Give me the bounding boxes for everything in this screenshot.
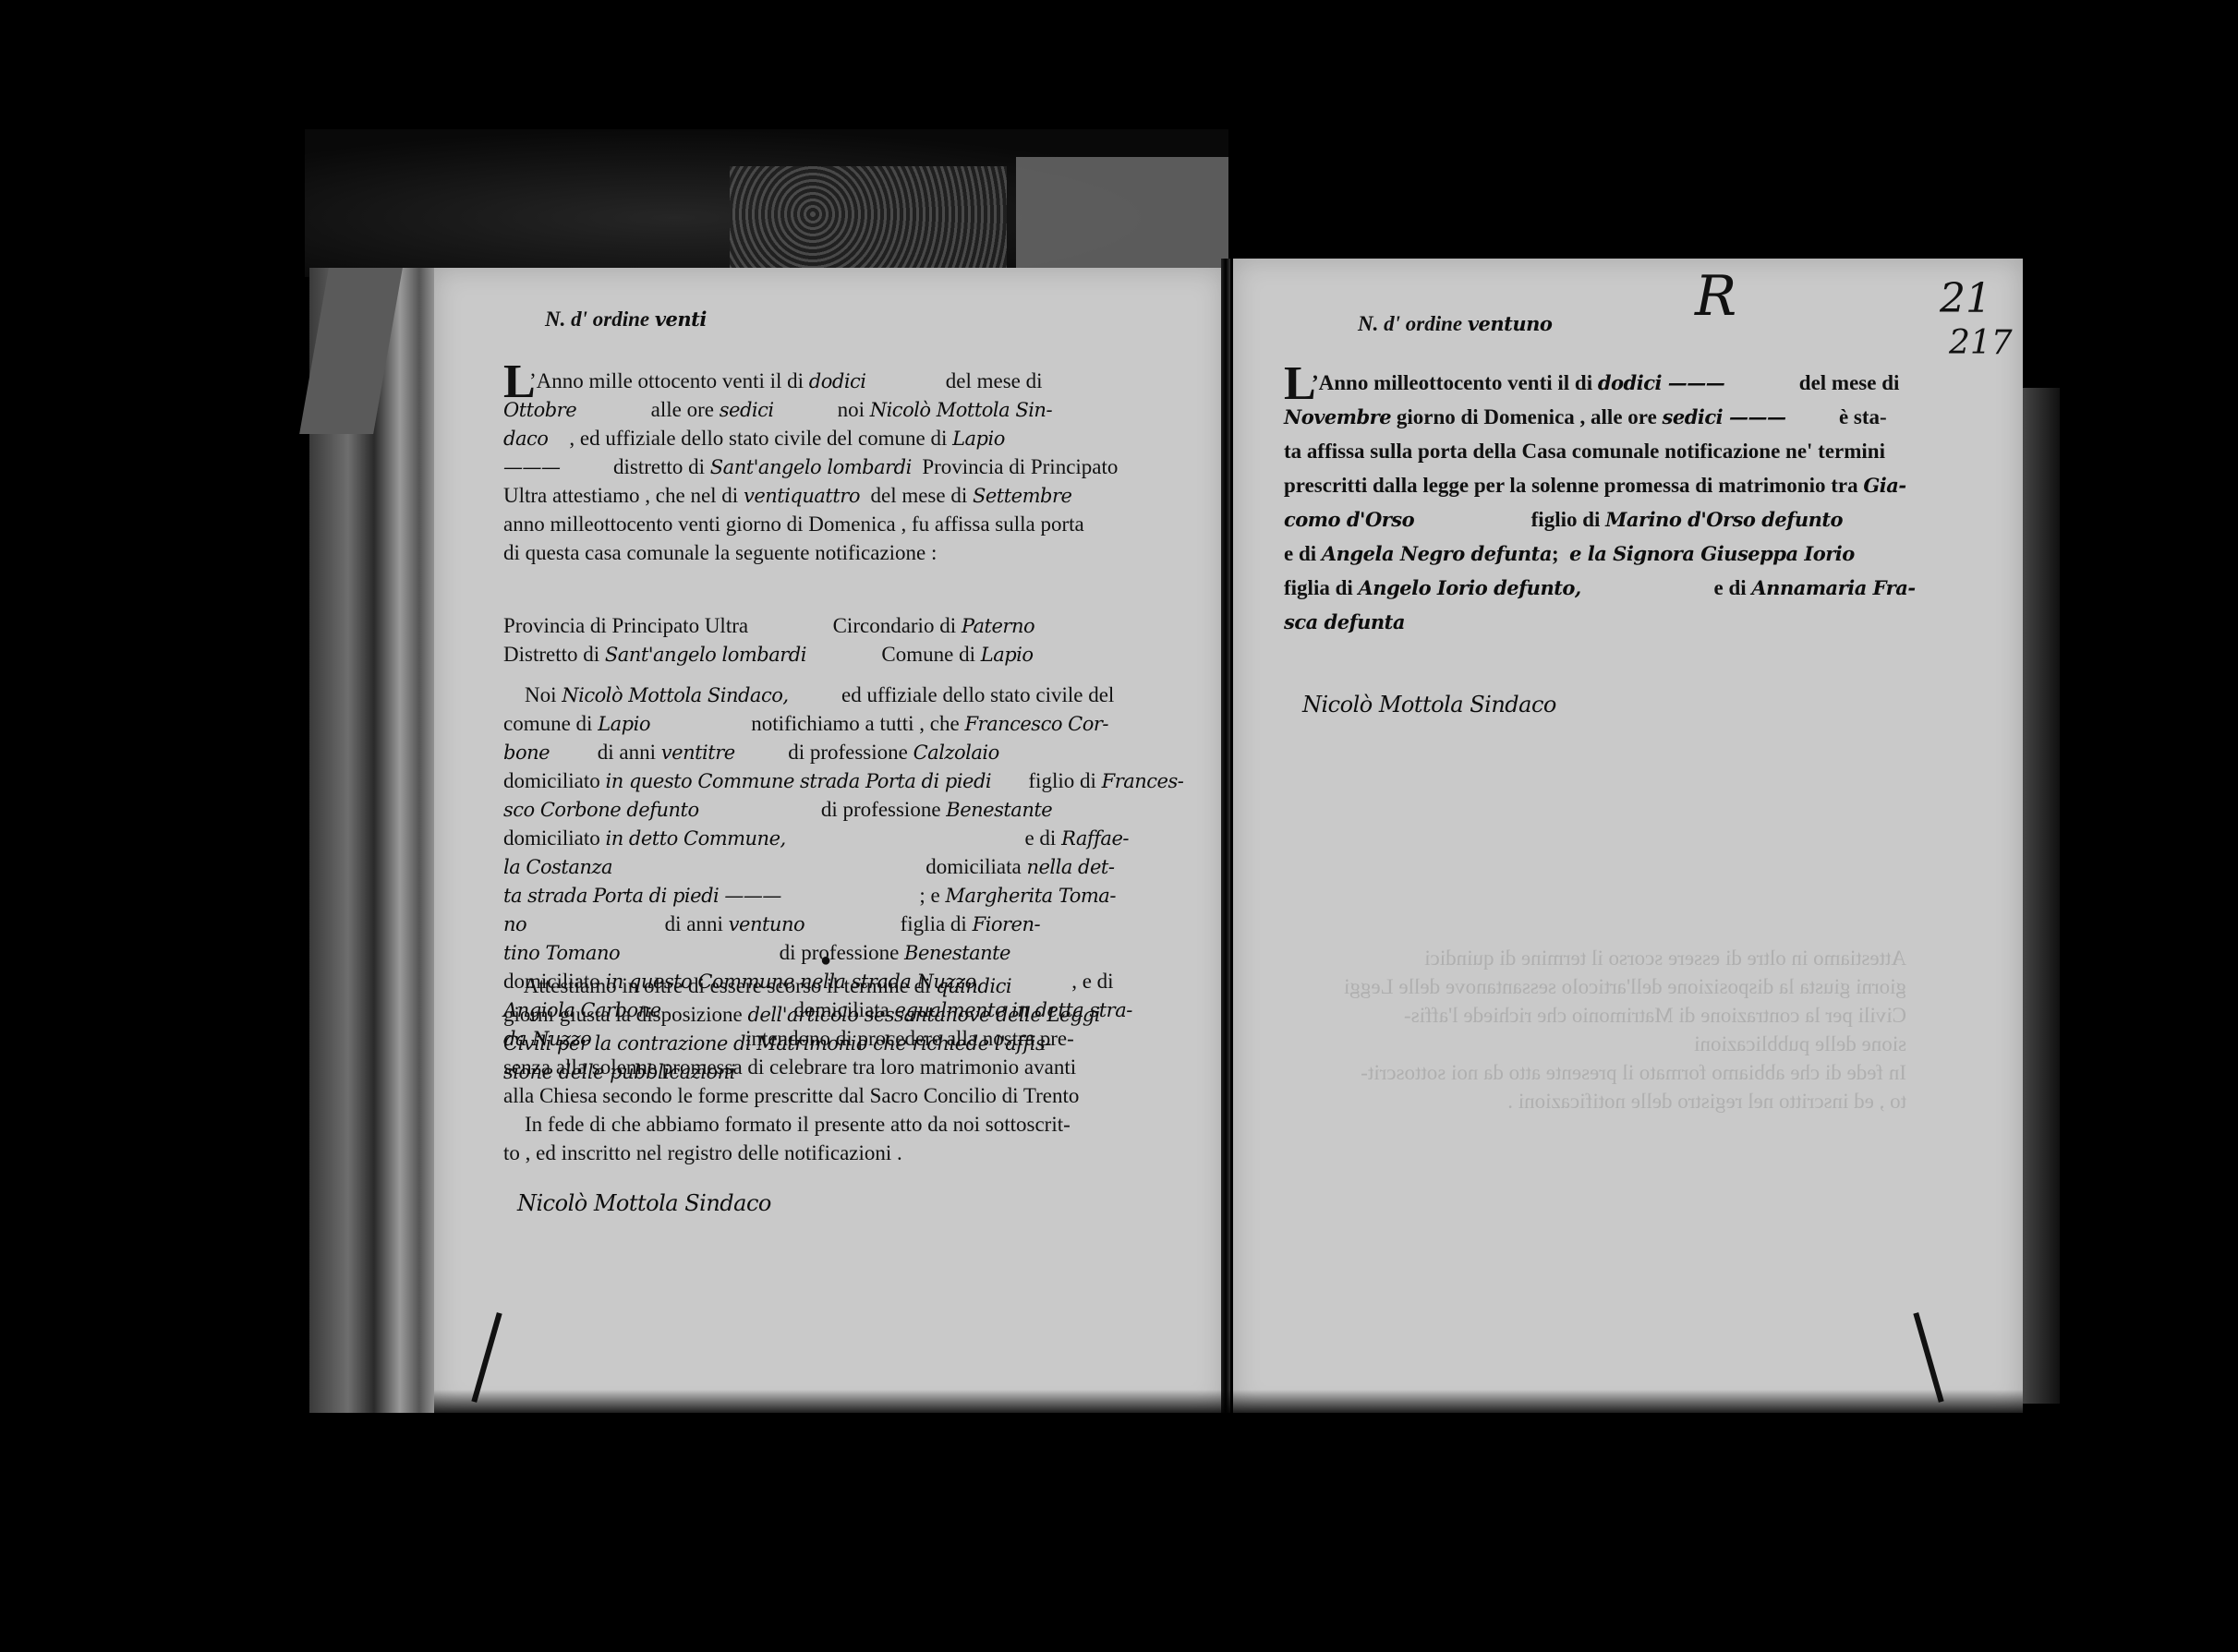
printed-text: è sta- — [1785, 405, 1886, 428]
text-line: figlia di Angelo Iorio defunto, e di Ann… — [1284, 576, 1916, 610]
printed-text: di professione — [699, 798, 947, 821]
text-line: sco Corbone defunto di professione Benes… — [503, 798, 1183, 826]
text-line: to , ed inscritto nel registro delle not… — [503, 1141, 1071, 1170]
printed-text: di questa casa comunale la seguente noti… — [503, 541, 937, 564]
right-page: N. d' ordine ventuno R 21 217 L ’Anno mi… — [1233, 259, 2023, 1413]
handwritten-entry: sco Corbone defunto — [503, 799, 699, 821]
page-bottom-edge — [434, 1390, 2023, 1417]
printed-text: giorno di Domenica , alle ore — [1391, 405, 1662, 428]
text-line: di questa casa comunale la seguente noti… — [503, 541, 1118, 570]
handwritten-entry: Francesco Cor- — [964, 713, 1108, 735]
handwritten-entry: Angela Negro defunta — [1322, 542, 1552, 565]
printed-text: notifichiamo a tutti , che — [650, 712, 964, 735]
text-line: Ultra attestiamo , che nel di ventiquatt… — [503, 484, 1118, 512]
handwritten-entry: tino Tomano — [503, 942, 620, 964]
text-line: In fede di che abbiamo formato il presen… — [503, 1113, 1071, 1141]
handwritten-entry: dodici ——— — [1598, 371, 1724, 394]
right-signature: Nicolò Mottola Sindaco — [1302, 693, 1556, 717]
printed-text: e di — [1284, 542, 1322, 565]
handwritten-entry: in questo Commune strada Porta di piedi — [606, 770, 992, 792]
bleedthrough-line: sione delle pubblicazioni — [1344, 1032, 1906, 1061]
printed-text: di anni — [526, 912, 729, 935]
handwritten-entry: Ottobre — [503, 399, 576, 421]
printed-text: domiciliato — [503, 826, 606, 850]
bleedthrough-line: to , ed inscritto nel registro delle not… — [1344, 1090, 1906, 1118]
page-edge-shadow — [2023, 388, 2060, 1404]
printed-text: noi — [774, 398, 870, 421]
stacked-page-edges — [309, 268, 439, 1413]
printed-text: alle ore — [576, 398, 720, 421]
right-order-number: N. d' ordine ventuno — [1358, 311, 1552, 336]
printed-text: comune di — [503, 712, 598, 735]
printed-text: di professione — [620, 941, 904, 964]
handwritten-entry: ventuno — [729, 913, 804, 935]
printed-text: to , ed inscritto nel registro delle not… — [503, 1141, 902, 1164]
printed-text: figlia di — [1284, 576, 1359, 599]
text-line: sione delle pubblicazioni — [503, 1060, 1100, 1089]
order-value: ventuno — [1468, 312, 1553, 335]
handwritten-entry: dodici — [809, 370, 866, 392]
circondario-label: Circondario di — [833, 614, 957, 637]
text-line: e di Angela Negro defunta; e la Signora … — [1284, 542, 1916, 576]
handwritten-entry: sedici — [720, 399, 774, 421]
printed-text: prescritti dalla legge per la solenne pr… — [1284, 474, 1863, 497]
handwritten-entry: Raffae- — [1061, 827, 1129, 850]
handwritten-entry: bone — [503, 742, 550, 764]
handwritten-entry: la Costanza — [503, 856, 612, 878]
handwritten-entry: no — [503, 913, 526, 935]
text-line: no di anni ventuno figlia di Fioren- — [503, 912, 1183, 941]
text-line: Civili per la contrazione di Matrimonio … — [503, 1031, 1100, 1060]
printed-text: Noi — [503, 683, 562, 706]
folio-secondary: 217 — [1949, 331, 2013, 356]
margin-mark: R — [1695, 284, 1736, 309]
text-line: ta strada Porta di piedi ——— ; e Margher… — [503, 884, 1183, 912]
handwritten-entry: Lapio — [952, 428, 1005, 450]
handwritten-entry: Annamaria Fra- — [1751, 576, 1915, 599]
printed-text: figlia di — [804, 912, 972, 935]
distretto-label: Distretto di — [503, 643, 599, 666]
folio-number: 21 — [1940, 286, 1991, 311]
printed-text: ; — [1552, 542, 1569, 565]
text-line: ’Anno milleottocento venti il di dodici … — [1284, 371, 1916, 405]
printed-text: ta affissa sulla porta della Casa comuna… — [1284, 440, 1885, 463]
printed-text: anno milleottocento venti giorno di Dome… — [503, 512, 1084, 536]
text-line: Noi Nicolò Mottola Sindaco, ed uffiziale… — [503, 683, 1183, 712]
handwritten-entry: Nicolò Mottola Sindaco, — [562, 684, 788, 706]
handwritten-entry: Civili per la contrazione di Matrimonio … — [503, 1032, 1051, 1055]
text-line: anno milleottocento venti giorno di Dome… — [503, 512, 1118, 541]
text-line: ——— distretto di Sant'angelo lombardi Pr… — [503, 455, 1118, 484]
handwritten-entry: sedici ——— — [1663, 405, 1786, 428]
text-line: domiciliato in questo Commune strada Por… — [503, 769, 1183, 798]
bleedthrough-line: giorni giusta la disposizione dell'artic… — [1344, 975, 1906, 1004]
handwritten-entry: Margherita Toma- — [946, 885, 1116, 907]
left-closing: In fede di che abbiamo formato il presen… — [503, 1113, 1071, 1170]
left-preamble: ’Anno mille ottocento venti il di dodici… — [503, 369, 1118, 570]
handwritten-entry: ——— — [503, 456, 561, 478]
order-label: N. d' ordine — [545, 307, 649, 331]
handwritten-entry: ventiquattro — [744, 485, 860, 507]
circondario-value: Paterno — [962, 615, 1034, 637]
bleedthrough-text: Attestiamo in oltre di essere scorso il … — [1344, 947, 1906, 1118]
bleedthrough-line: Attestiamo in oltre di essere scorso il … — [1344, 947, 1906, 975]
left-attestation: Attestiamo in oltre di essere scorso il … — [503, 974, 1100, 1089]
handwritten-entry: Gia- — [1863, 474, 1905, 497]
comune-value: Lapio — [981, 644, 1034, 666]
text-line: daco , ed uffiziale dello stato civile d… — [503, 427, 1118, 455]
printed-text: In fede di che abbiamo formato il presen… — [503, 1113, 1071, 1136]
printed-text: ’Anno mille ottocento venti il di — [529, 369, 809, 392]
text-line: Attestiamo in oltre di essere scorso il … — [503, 974, 1100, 1003]
text-line: ’Anno mille ottocento venti il di dodici… — [503, 369, 1118, 398]
handwritten-entry: in detto Commune, — [606, 827, 786, 850]
printed-text: , ed uffiziale dello stato civile del co… — [548, 427, 952, 450]
text-line: sca defunta — [1284, 610, 1916, 645]
handwritten-entry: Benestante — [904, 942, 1010, 964]
handwritten-entry: Benestante — [946, 799, 1052, 821]
bleedthrough-line: In fede di che abbiamo formato il presen… — [1344, 1061, 1906, 1090]
text-line: domiciliato in detto Commune, e di Raffa… — [503, 826, 1183, 855]
handwritten-entry: Lapio — [598, 713, 650, 735]
left-signature: Nicolò Mottola Sindaco — [517, 1191, 771, 1216]
printed-text: e di — [786, 826, 1061, 850]
printed-text: e di — [1581, 576, 1752, 599]
handwritten-entry: sione delle pubblicazioni — [503, 1061, 735, 1083]
printed-text: del mese di — [860, 484, 973, 507]
printed-text: del mese di — [1724, 371, 1899, 394]
handwritten-entry: Calzolaio — [913, 742, 999, 764]
text-line: Novembre giorno di Domenica , alle ore s… — [1284, 405, 1916, 440]
printed-text: Provincia di Principato — [912, 455, 1119, 478]
distretto-value: Sant'angelo lombardi — [605, 644, 806, 666]
handwritten-entry: e la Signora Giuseppa Iorio — [1569, 542, 1855, 565]
printed-text: giorni giusta la disposizione — [503, 1003, 747, 1026]
printed-text: distretto di — [561, 455, 710, 478]
handwritten-entry: ventitre — [661, 742, 735, 764]
printed-text: Attestiamo in oltre di essere scorso il … — [503, 974, 936, 997]
handwritten-entry: quindici — [936, 975, 1011, 997]
handwritten-entry: dell'articolo sessantanove delle Leggi — [747, 1004, 1100, 1026]
bleedthrough-line: Civili per la contrazione di Matrimonio … — [1344, 1004, 1906, 1032]
order-value: venti — [655, 307, 707, 331]
handwritten-entry: Sant'angelo lombardi — [710, 456, 912, 478]
handwritten-entry: sca defunta — [1284, 610, 1405, 633]
text-line: comune di Lapio notifichiamo a tutti , c… — [503, 712, 1183, 741]
printed-text: figlio di — [991, 769, 1101, 792]
handwritten-entry: ta strada Porta di piedi ——— — [503, 885, 781, 907]
printed-text: domiciliata — [612, 855, 1026, 878]
handwritten-entry: Settembre — [973, 485, 1071, 507]
handwritten-entry: nella det- — [1026, 856, 1114, 878]
printed-text: domiciliato — [503, 769, 606, 792]
text-line: prescritti dalla legge per la solenne pr… — [1284, 474, 1916, 508]
printed-text: ; e — [781, 884, 946, 907]
handwritten-entry: Marino d'Orso defunto — [1605, 508, 1843, 531]
notice-header: Provincia di Principato Ultra Circondari… — [503, 614, 1034, 671]
right-notice-body: ’Anno milleottocento venti il di dodici … — [1284, 371, 1916, 645]
text-line: Ottobre alle ore sedici noi Nicolò Motto… — [503, 398, 1118, 427]
printed-text: figlio di — [1414, 508, 1605, 531]
text-line: giorni giusta la disposizione dell'artic… — [503, 1003, 1100, 1031]
ink-dot: ● — [820, 948, 831, 973]
printed-text: del mese di — [866, 369, 1043, 392]
printed-text: di anni — [550, 741, 661, 764]
comune-label: Comune di — [881, 643, 975, 666]
binding-cloth-strip — [1016, 157, 1228, 286]
printed-text: ’Anno milleottocento venti il di — [1312, 371, 1598, 394]
printed-text: di professione — [735, 741, 913, 764]
printed-text: Ultra attestiamo , che nel di — [503, 484, 744, 507]
left-order-number: N. d' ordine venti — [545, 307, 707, 332]
handwritten-entry: Angelo Iorio defunto, — [1359, 576, 1581, 599]
handwritten-entry: como d'Orso — [1284, 508, 1414, 531]
handwritten-entry: Fioren- — [973, 913, 1041, 935]
text-line: tino Tomano di professione Benestante — [503, 941, 1183, 970]
handwritten-entry: Novembre — [1284, 405, 1391, 428]
book-gutter — [1221, 259, 1230, 1413]
text-line: bone di anni ventitre di professione Cal… — [503, 741, 1183, 769]
handwritten-entry: daco — [503, 428, 548, 450]
handwritten-entry: Nicolò Mottola Sin- — [870, 399, 1052, 421]
text-line: la Costanza domiciliata nella det- — [503, 855, 1183, 884]
printed-text: ed uffiziale dello stato civile del — [789, 683, 1115, 706]
left-page: N. d' ordine venti L ’Anno mille ottocen… — [434, 268, 1224, 1413]
provincia-text: Provincia di Principato Ultra — [503, 614, 748, 637]
text-line: como d'Orso figlio di Marino d'Orso defu… — [1284, 508, 1916, 542]
text-line: ta affissa sulla porta della Casa comuna… — [1284, 440, 1916, 474]
handwritten-entry: Frances- — [1102, 770, 1184, 792]
order-label: N. d' ordine — [1358, 312, 1462, 335]
